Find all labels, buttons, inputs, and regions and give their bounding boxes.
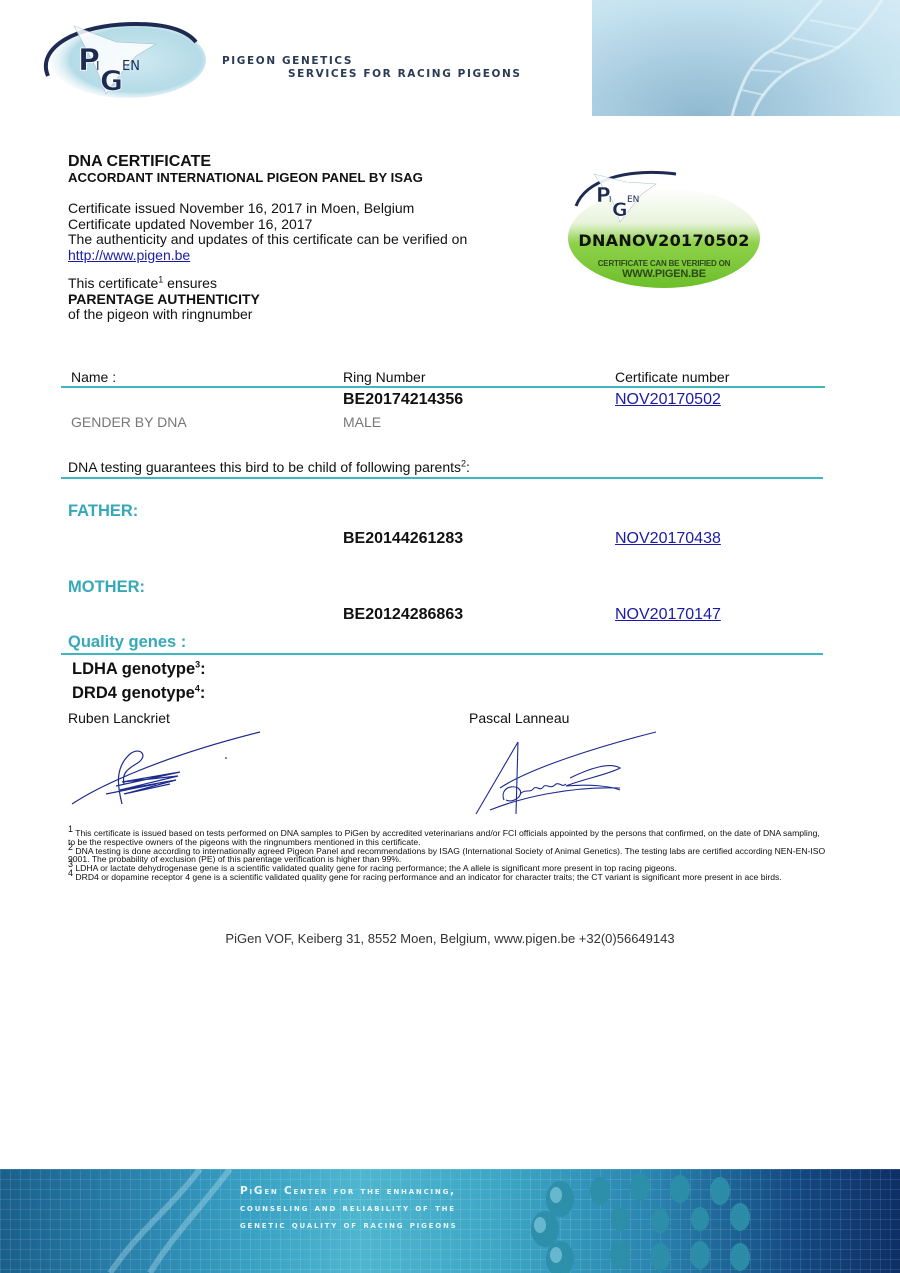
father-certificate-link[interactable]: NOV20170438 (615, 530, 721, 548)
footnote-1-text: This certificate is issued based on test… (68, 828, 820, 847)
drd4-colon: : (200, 684, 206, 702)
quality-genes-label: Quality genes : (68, 633, 186, 652)
parents-intro-colon: : (466, 459, 470, 475)
gender-label: GENDER BY DNA (71, 414, 187, 430)
tagline-line-2: SERVICES FOR RACING PIGEONS (222, 68, 522, 81)
pigen-logo: P I G EN (36, 18, 206, 100)
company-address: PiGen VOF, Keiberg 31, 8552 Moen, Belgiu… (0, 931, 900, 946)
ldha-genotype: LDHA genotype3: (72, 660, 206, 679)
parents-intro: DNA testing guarantees this bird to be c… (68, 459, 470, 475)
footnote-4: 4 DRD4 or dopamine receptor 4 gene is a … (68, 873, 828, 882)
signer-left-name: Ruben Lanckriet (68, 710, 170, 726)
gender-value: MALE (343, 414, 381, 430)
ensures-suffix: ensures (163, 275, 217, 291)
footnotes: 1 This certificate is issued based on te… (68, 829, 828, 882)
certificate-number-header: Certificate number (615, 369, 729, 385)
ldha-label: LDHA genotype (72, 660, 195, 678)
mother-label: MOTHER: (68, 578, 145, 597)
parents-rule (61, 477, 823, 479)
quality-genes-rule (61, 653, 823, 655)
badge-certificate-code: DNANOV20170502 (548, 231, 780, 250)
banner-line-3: genetic quality of racing pigeons (240, 1217, 457, 1234)
drd4-genotype: DRD4 genotype4: (72, 684, 205, 703)
footnote-2-text: DNA testing is done according to interna… (68, 846, 825, 865)
svg-text:G: G (612, 199, 628, 221)
father-label: FATHER: (68, 502, 138, 521)
issued-date: Certificate issued November 16, 2017 in … (68, 201, 467, 217)
signature-left (66, 728, 266, 808)
certificate-title: DNA CERTIFICATE (68, 153, 211, 170)
verify-link[interactable]: http://www.pigen.be (68, 247, 190, 263)
svg-text:I: I (96, 59, 100, 73)
verify-text: The authenticity and updates of this cer… (68, 232, 467, 248)
signer-right-name: Pascal Lanneau (469, 710, 569, 726)
ensures-tail: of the pigeon with ringnumber (68, 307, 260, 323)
banner-slogan: PiGen Center for the enhancing, counseli… (240, 1183, 457, 1234)
ensures-prefix: This certificate (68, 275, 158, 291)
certificate-subtitle: ACCORDANT INTERNATIONAL PIGEON PANEL BY … (68, 170, 423, 185)
svg-text:EN: EN (122, 59, 140, 74)
ldha-colon: : (200, 660, 206, 678)
mother-certificate-link[interactable]: NOV20170147 (615, 606, 721, 624)
svg-text:I: I (609, 195, 611, 204)
drd4-label: DRD4 genotype (72, 684, 195, 702)
name-header: Name : (71, 369, 116, 385)
badge-verify-line-2: WWW.PIGEN.BE (566, 268, 762, 280)
banner-line-1: PiGen Center for the enhancing, (240, 1183, 457, 1200)
bird-ring-number: BE20174214356 (343, 391, 463, 409)
dna-helix-banner (592, 0, 900, 116)
banner-line-2: counseling and reliability of the (240, 1200, 457, 1217)
signature-right (470, 728, 670, 820)
mother-ring-number: BE20124286863 (343, 606, 463, 624)
table-header-rule (61, 386, 825, 388)
footnote-1: 1 This certificate is issued based on te… (68, 829, 828, 847)
svg-text:EN: EN (627, 195, 639, 205)
certificate-info: Certificate issued November 16, 2017 in … (68, 201, 467, 263)
footnote-2: 2 DNA testing is done according to inter… (68, 847, 828, 865)
badge-verify-line-1: CERTIFICATE CAN BE VERIFIED ON (566, 259, 762, 268)
ensures-block: This certificate1 ensures PARENTAGE AUTH… (68, 276, 260, 323)
updated-date: Certificate updated November 16, 2017 (68, 217, 467, 233)
company-tagline: PIGEON GENETICS SERVICES FOR RACING PIGE… (222, 55, 522, 81)
ring-number-header: Ring Number (343, 369, 425, 385)
parentage-authenticity: PARENTAGE AUTHENTICITY (68, 292, 260, 308)
svg-text:G: G (100, 64, 123, 97)
father-ring-number: BE20144261283 (343, 530, 463, 548)
bottom-banner: PiGen Center for the enhancing, counseli… (0, 1169, 900, 1273)
badge-verify-text: CERTIFICATE CAN BE VERIFIED ON WWW.PIGEN… (566, 259, 762, 280)
tagline-line-1: PIGEON GENETICS (222, 55, 353, 67)
bird-certificate-link[interactable]: NOV20170502 (615, 391, 721, 409)
footnote-4-text: DRD4 or dopamine receptor 4 gene is a sc… (73, 872, 782, 882)
parents-intro-text: DNA testing guarantees this bird to be c… (68, 459, 461, 475)
